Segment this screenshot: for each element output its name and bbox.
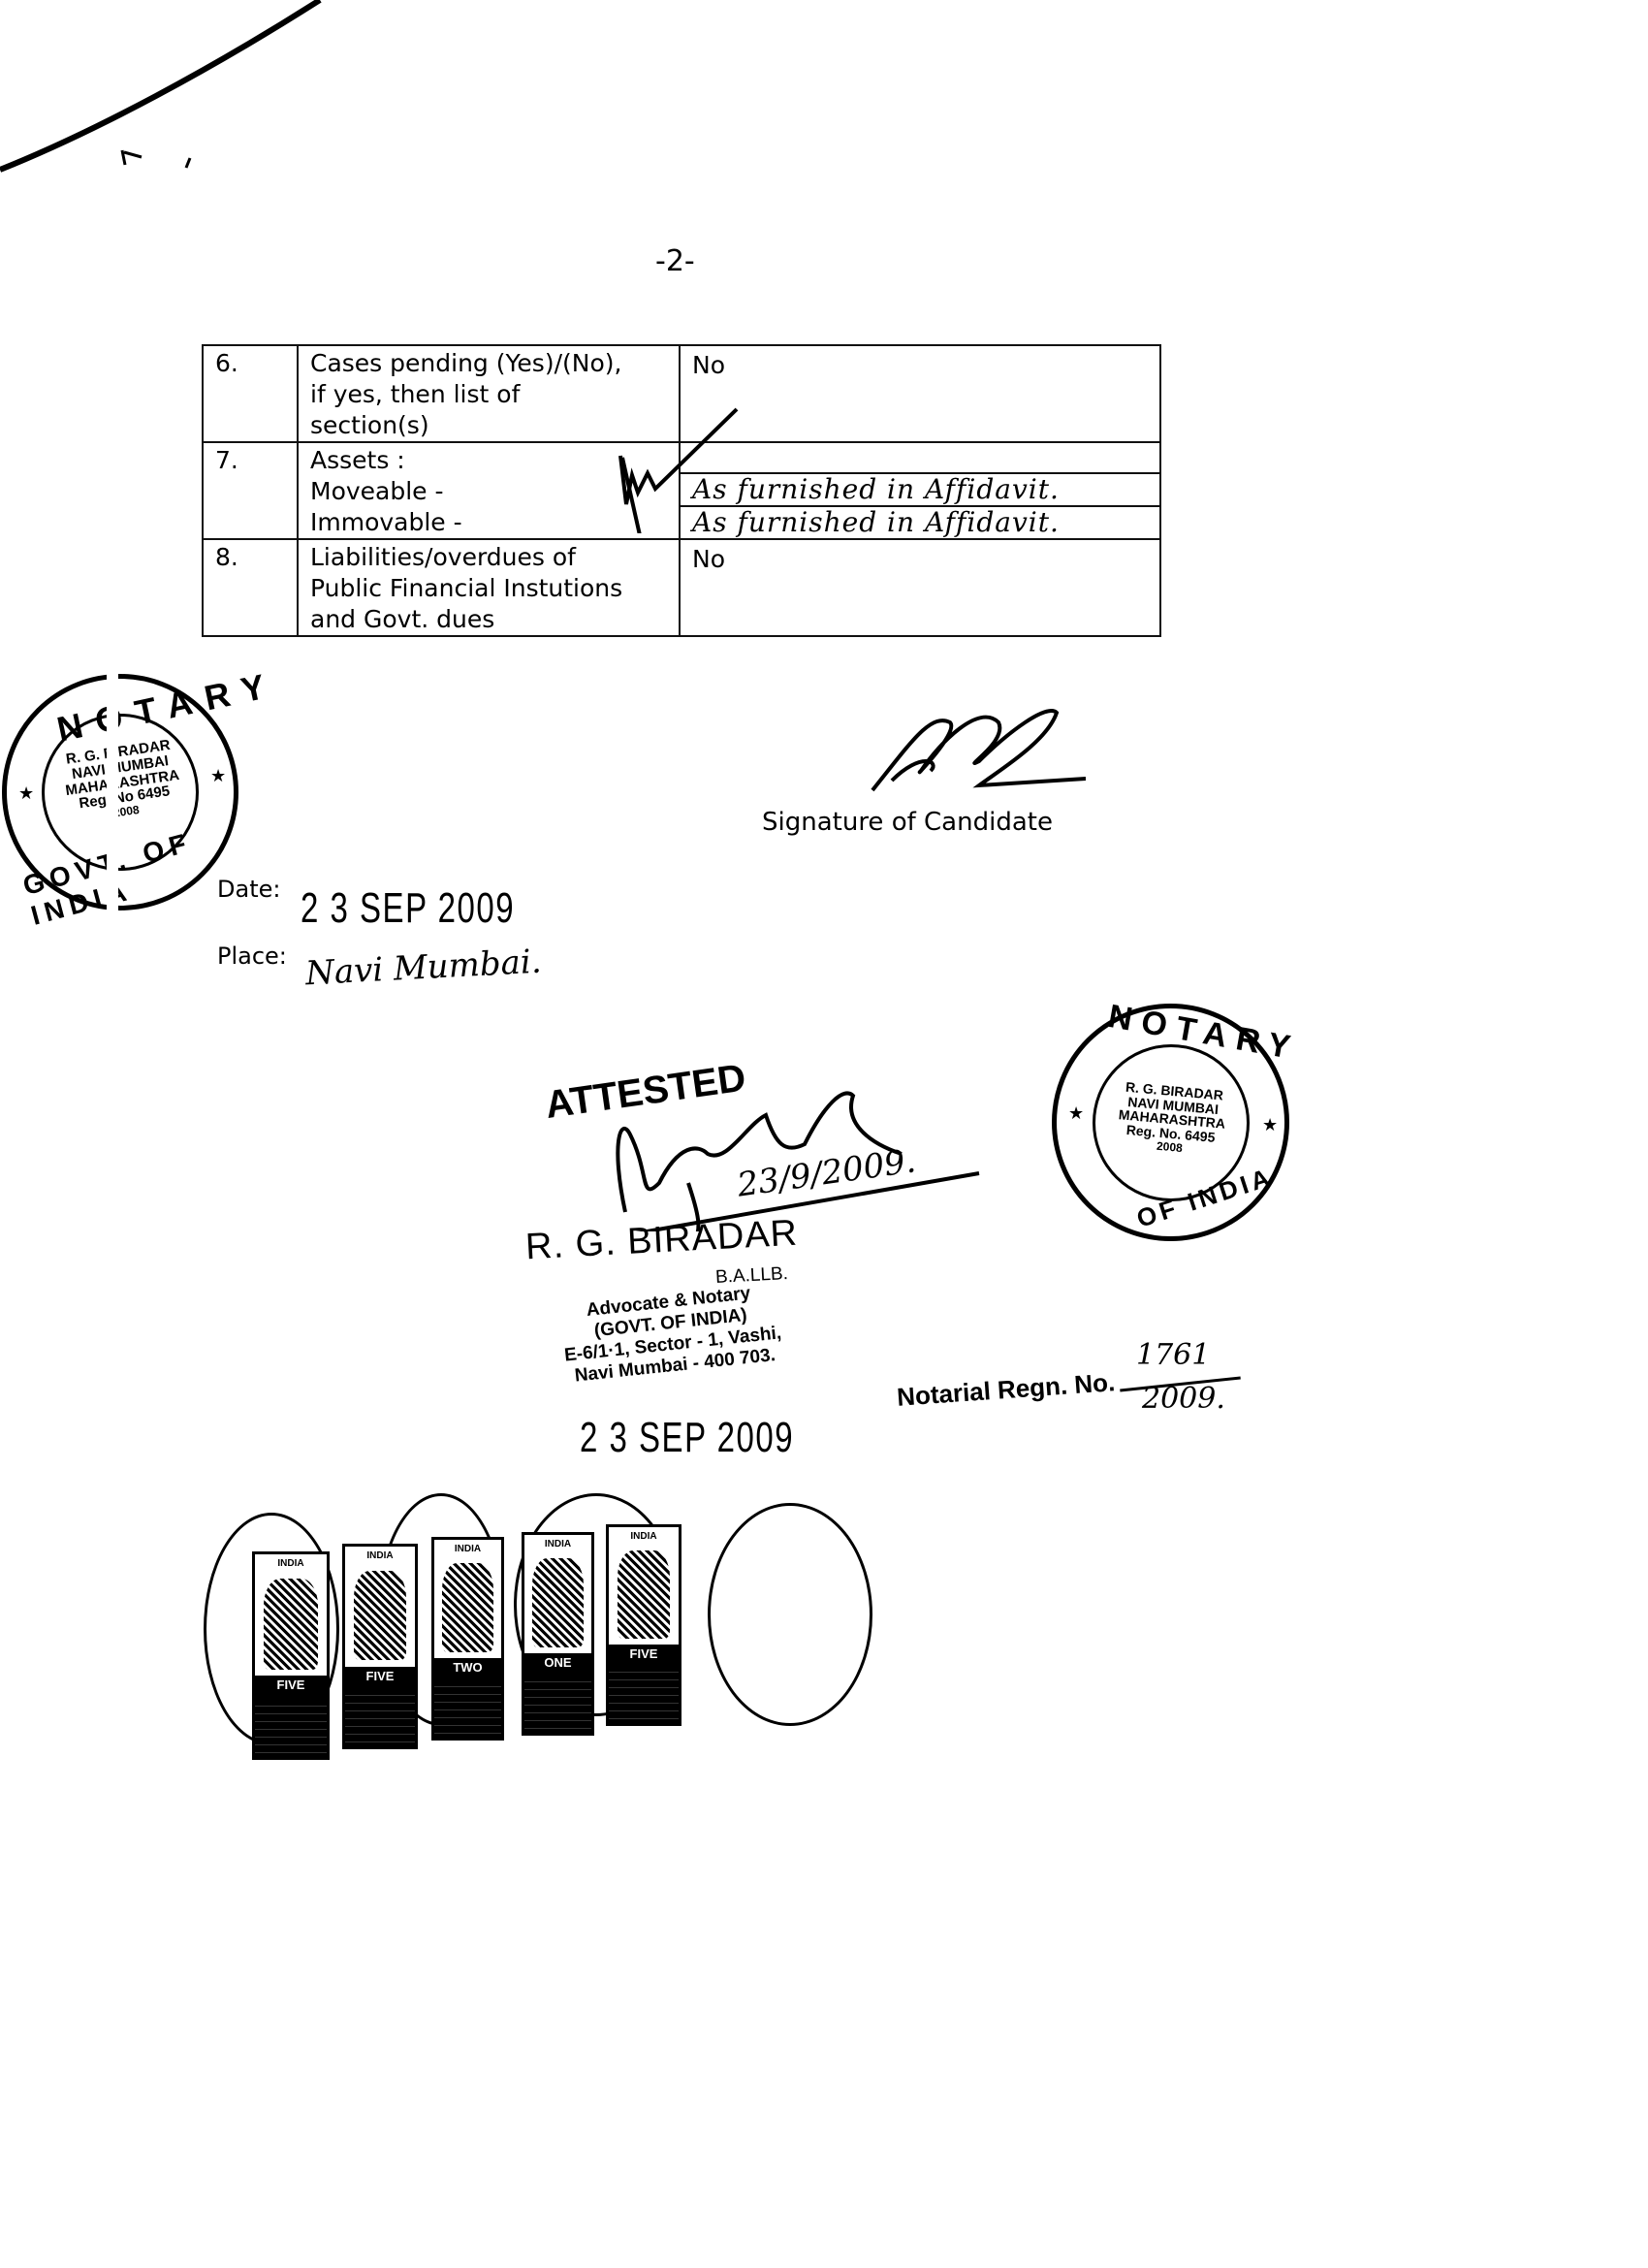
tick-initials-mark — [562, 407, 756, 533]
row-label: Liabilities/overdues of Public Financial… — [298, 539, 680, 636]
label-line: if yes, then list of — [310, 379, 669, 410]
label-line: Liabilities/overdues of — [310, 542, 669, 573]
stamp-country: INDIA — [345, 1550, 415, 1561]
cases-pending-value: No — [681, 346, 1159, 385]
candidate-signature — [853, 703, 1086, 800]
label-line: and Govt. dues — [310, 604, 669, 635]
stamp-country: INDIA — [609, 1531, 679, 1542]
ashoka-emblem-icon — [532, 1558, 583, 1647]
notary-seal-right: NOTARY OF INDIA ★ ★ R. G. BIRADAR NAVI M… — [1052, 1004, 1289, 1241]
revenue-stamp: INDIA FIVE RUPEES — [252, 1551, 330, 1760]
notarial-regn-year: 2009. — [1142, 1382, 1225, 1416]
row-number: 6. — [203, 345, 298, 442]
stamp-denomination: FIVE RUPEES — [609, 1645, 679, 1668]
revenue-stamp: INDIA TWO RUPEES — [431, 1537, 504, 1741]
date-label: Date: — [217, 876, 280, 903]
notarial-regn-number: 1761 — [1136, 1338, 1210, 1372]
place-value: Navi Mumbai. — [304, 942, 542, 994]
star-icon: ★ — [1262, 1115, 1278, 1135]
ashoka-emblem-icon — [264, 1579, 318, 1670]
ashoka-emblem-icon — [442, 1563, 492, 1652]
stamp-cancel-seal — [708, 1503, 872, 1726]
stamp-denomination: TWO RUPEES — [434, 1658, 501, 1681]
label-line: Public Financial Instutions — [310, 573, 669, 604]
place-label: Place: — [217, 942, 287, 970]
row-number: 8. — [203, 539, 298, 636]
table-row-liabilities: 8. Liabilities/overdues of Public Financ… — [203, 539, 1160, 636]
notary-seal-left: NOTARY GOVT. OF INDIA ★ ★ R. G. BIRADAR … — [2, 674, 238, 910]
star-icon: ★ — [210, 766, 226, 786]
star-icon: ★ — [1068, 1103, 1084, 1124]
pen-stroke-mark — [0, 0, 349, 213]
signature-label: Signature of Candidate — [762, 808, 1053, 837]
page-number: -2- — [655, 244, 695, 278]
ashoka-emblem-icon — [618, 1550, 671, 1639]
revenue-stamp: INDIA ONE RUPEE — [522, 1532, 594, 1736]
row-number: 7. — [203, 442, 298, 539]
star-icon: ★ — [18, 783, 34, 804]
label-line: Cases pending (Yes)/(No), — [310, 348, 669, 379]
date-value: 2 3 SEP 2009 — [301, 884, 515, 933]
notary-name: R. G. BIRADAR — [524, 1213, 799, 1269]
notarial-regn-label: Notarial Regn. No. — [896, 1367, 1116, 1413]
liabilities-value: No — [681, 540, 1159, 579]
attestation-stamp-date: 2 3 SEP 2009 — [580, 1414, 794, 1462]
stamp-denomination: FIVE RUPEES — [255, 1676, 327, 1700]
revenue-stamp: INDIA FIVE RUPEES — [342, 1544, 418, 1749]
stamp-country: INDIA — [255, 1558, 327, 1569]
stamp-country: INDIA — [434, 1544, 501, 1554]
stamp-denomination: FIVE RUPEES — [345, 1667, 415, 1691]
seal-scan-gap — [107, 659, 118, 921]
ashoka-emblem-icon — [354, 1571, 407, 1661]
notary-address-block: Advocate & Notary (GOVT. OF INDIA) E-6/1… — [527, 1277, 816, 1391]
revenue-stamps-group: INDIA FIVE RUPEES INDIA FIVE RUPEES INDI… — [204, 1484, 1037, 1774]
stamp-country: INDIA — [524, 1539, 591, 1549]
stamp-denomination: ONE RUPEE — [524, 1653, 591, 1677]
revenue-stamp: INDIA FIVE RUPEES — [606, 1524, 681, 1726]
row-value: No — [680, 539, 1160, 636]
